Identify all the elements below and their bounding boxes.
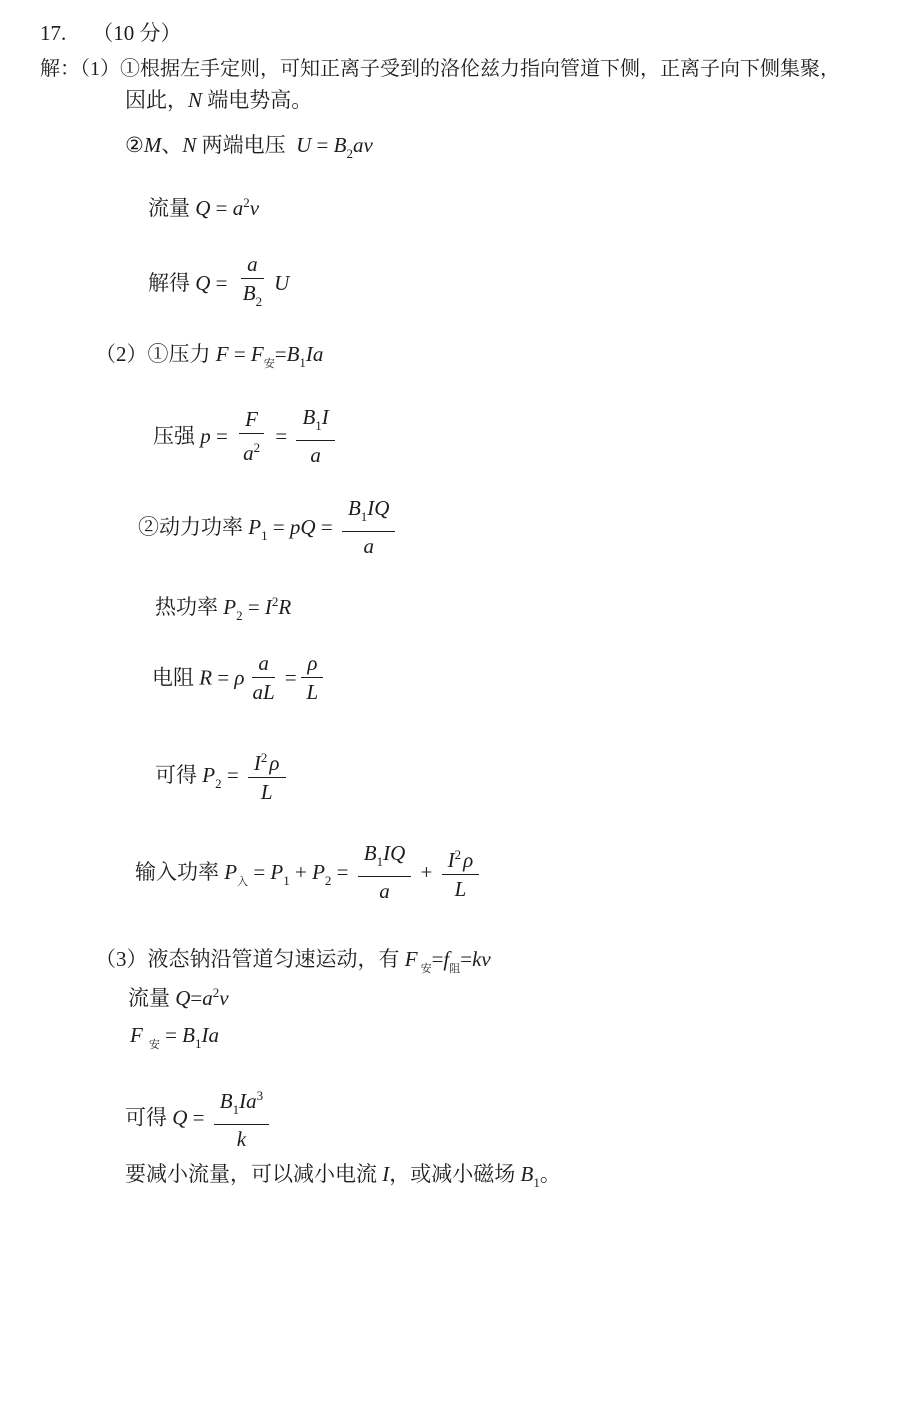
math-symbol: U: [274, 271, 289, 295]
math-symbol: B: [220, 1089, 233, 1113]
text-run: =: [243, 595, 265, 619]
text-run: 流量: [128, 986, 175, 1010]
math-symbol: a: [247, 252, 258, 276]
math-symbol: I: [322, 405, 329, 429]
text-run: =: [432, 947, 444, 971]
text-run: 电阻: [152, 665, 199, 689]
text-run: 可得: [155, 763, 202, 787]
fraction: Fa2: [237, 407, 266, 465]
math-symbol: L: [307, 680, 319, 704]
text-run: 。: [540, 1162, 561, 1186]
text-run: 输入功率: [135, 860, 224, 884]
formula-resistance: 电阻 R = ρaaL=ρL: [152, 653, 328, 706]
text-run: 解：（1）①根据左手定则，可知正离子受到的洛伦兹力指向管道下侧，正离子向下侧集聚…: [40, 58, 840, 80]
math-symbol: Ia: [306, 342, 324, 366]
math-symbol: F: [405, 947, 418, 971]
text-run: +: [415, 860, 437, 884]
math-symbol: B: [302, 405, 315, 429]
math-symbol: Q: [172, 1105, 187, 1129]
text-run: ②: [125, 133, 144, 157]
fraction: I2ρL: [442, 843, 480, 901]
formula-flow-result: 可得 Q = B1Ia3k: [125, 1086, 273, 1153]
text-run: =: [248, 860, 270, 884]
formula-p2-result: 可得 P2 = I2ρL: [155, 748, 290, 806]
math-symbol: L: [455, 877, 467, 901]
text-run: 热功率: [155, 595, 223, 619]
formula-flow-rate: 流量 Q = a2v: [148, 189, 259, 222]
math-symbol: v: [219, 986, 228, 1010]
fraction: aB2: [237, 252, 268, 314]
text-run: 2: [254, 440, 261, 455]
document-page: 17.（10 分）解：（1）①根据左手定则，可知正离子受到的洛伦兹力指向管道下侧…: [0, 0, 900, 1427]
text-run: 阻: [449, 963, 460, 975]
math-symbol: a: [258, 651, 269, 675]
math-symbol: v: [250, 196, 259, 220]
math-symbol: P: [270, 860, 283, 884]
math-symbol: a: [379, 879, 390, 903]
math-symbol: IQ: [367, 496, 389, 520]
math-symbol: B: [348, 496, 361, 520]
problem-number: 17.（10 分）: [40, 20, 182, 47]
math-symbol: p: [200, 424, 211, 448]
math-symbol: B: [287, 342, 300, 366]
conclusion: 要减小流量，可以减小电流 I，或减小磁场 B1。: [125, 1161, 561, 1196]
text-run: =: [229, 342, 251, 366]
text-run: 两端电压: [196, 133, 296, 157]
math-symbol: av: [353, 133, 373, 157]
math-symbol: Q: [175, 986, 190, 1010]
math-symbol: B: [243, 281, 256, 305]
math-symbol: B: [334, 133, 347, 157]
text-run: 入: [237, 876, 248, 888]
fraction: B1Ia: [296, 405, 334, 467]
math-symbol: I: [265, 595, 272, 619]
formula-ampere-force: F安 = B1Ia: [130, 1022, 219, 1059]
text-run: =: [275, 342, 287, 366]
math-symbol: k: [237, 1127, 246, 1151]
math-symbol: B: [364, 841, 377, 865]
fraction: aaL: [247, 651, 281, 704]
text-run: 可得: [125, 1105, 172, 1129]
text-run: 2: [261, 750, 268, 765]
math-symbol: ρ: [234, 665, 244, 689]
math-symbol: a: [363, 534, 374, 558]
text-run: =: [212, 665, 234, 689]
text-run: =: [316, 515, 338, 539]
math-symbol: a: [243, 441, 254, 465]
formula-flow-solution: 解得 Q = aB2U: [148, 254, 289, 316]
solution-line-2: 因此，N 端电势高。: [125, 87, 312, 114]
math-symbol: L: [261, 780, 273, 804]
math-symbol: M: [144, 133, 162, 157]
fraction: B1IQa: [342, 496, 396, 558]
text-run: =: [270, 424, 292, 448]
math-symbol: P: [248, 515, 261, 539]
text-run: =: [210, 271, 232, 295]
text-run: =: [460, 947, 472, 971]
math-symbol: ρ: [269, 751, 279, 775]
math-symbol: Q: [195, 271, 210, 295]
text-run: 安: [264, 358, 275, 370]
text-run: =: [211, 424, 233, 448]
text-run: =: [187, 1105, 209, 1129]
text-run: 端电势高。: [202, 88, 312, 112]
text-run: =: [285, 665, 297, 689]
math-symbol: N: [188, 88, 202, 112]
formula-input-power: 输入功率 P入 = P1 + P2 = B1IQa + I2ρL: [135, 843, 483, 905]
text-run: 流量: [148, 196, 195, 220]
fraction: B1Ia3k: [214, 1084, 269, 1151]
math-symbol: P: [202, 763, 215, 787]
text-run: 安: [149, 1039, 160, 1051]
formula-voltage: ②M、N 两端电压 U = B2av: [125, 132, 373, 167]
text-run: +: [290, 860, 312, 884]
math-symbol: I: [448, 848, 455, 872]
math-symbol: F: [130, 1023, 143, 1047]
text-run: 压强: [153, 424, 200, 448]
math-symbol: kv: [472, 947, 491, 971]
fraction: B1IQa: [358, 841, 412, 903]
math-symbol: a: [233, 196, 244, 220]
text-run: =: [311, 133, 333, 157]
math-symbol: P: [312, 860, 325, 884]
math-symbol: B: [182, 1023, 195, 1047]
math-symbol: F: [216, 342, 229, 366]
text-run: =: [331, 860, 353, 884]
math-symbol: B: [521, 1162, 534, 1186]
text-run: 因此，: [125, 88, 188, 112]
math-symbol: P: [224, 860, 237, 884]
text-run: 、: [161, 133, 182, 157]
math-symbol: ρ: [463, 848, 473, 872]
text-run: =: [190, 986, 202, 1010]
text-run: 2: [256, 294, 263, 309]
text-run: 2: [455, 847, 462, 862]
formula-heat-power: 热功率 P2 = I2R: [155, 588, 291, 629]
text-run: ②动力功率: [138, 515, 248, 539]
math-symbol: R: [199, 665, 212, 689]
math-symbol: I: [254, 751, 261, 775]
text-run: 3: [257, 1088, 264, 1103]
math-symbol: a: [202, 986, 213, 1010]
text-run: 解得: [148, 271, 195, 295]
math-symbol: pQ: [290, 515, 316, 539]
math-symbol: F: [251, 342, 264, 366]
math-symbol: F: [245, 407, 258, 431]
text-run: （2）①压力: [95, 342, 216, 366]
math-symbol: IQ: [383, 841, 405, 865]
formula-power-p1: ②动力功率 P1 = pQ = B1IQa: [138, 498, 399, 560]
math-symbol: Q: [195, 196, 210, 220]
math-symbol: U: [296, 133, 311, 157]
text-run: （3）液态钠沿管道匀速运动，有: [95, 947, 405, 971]
text-run: ，或减小磁场: [389, 1162, 520, 1186]
math-symbol: ρ: [307, 651, 317, 675]
part3-equilibrium: （3）液态钠沿管道匀速运动，有 F安=f阻=kv: [95, 946, 491, 983]
text-run: =: [160, 1023, 182, 1047]
math-symbol: Ia: [202, 1023, 220, 1047]
math-symbol: P: [223, 595, 236, 619]
formula-pressure: 压强 p = Fa2 = B1Ia: [153, 407, 339, 469]
formula-flow-rate-2: 流量 Q=a2v: [128, 979, 229, 1012]
text-run: =: [268, 515, 290, 539]
text-run: 安: [421, 963, 432, 975]
solution-line-1: 解：（1）①根据左手定则，可知正离子受到的洛伦兹力指向管道下侧，正离子向下侧集聚…: [40, 56, 840, 83]
part2-force: （2）①压力 F = F安=B1Ia: [95, 341, 323, 378]
text-run: （10 分）: [92, 21, 181, 45]
math-symbol: R: [278, 595, 291, 619]
text-run: =: [210, 196, 232, 220]
math-symbol: N: [182, 133, 196, 157]
text-run: 17.: [40, 21, 66, 45]
fraction: ρL: [301, 651, 325, 704]
text-run: 要减小流量，可以减小电流: [125, 1162, 382, 1186]
fraction: I2ρL: [248, 746, 286, 804]
text-run: =: [222, 763, 244, 787]
math-symbol: aL: [253, 680, 275, 704]
math-symbol: a: [310, 443, 321, 467]
math-symbol: Ia: [239, 1089, 257, 1113]
